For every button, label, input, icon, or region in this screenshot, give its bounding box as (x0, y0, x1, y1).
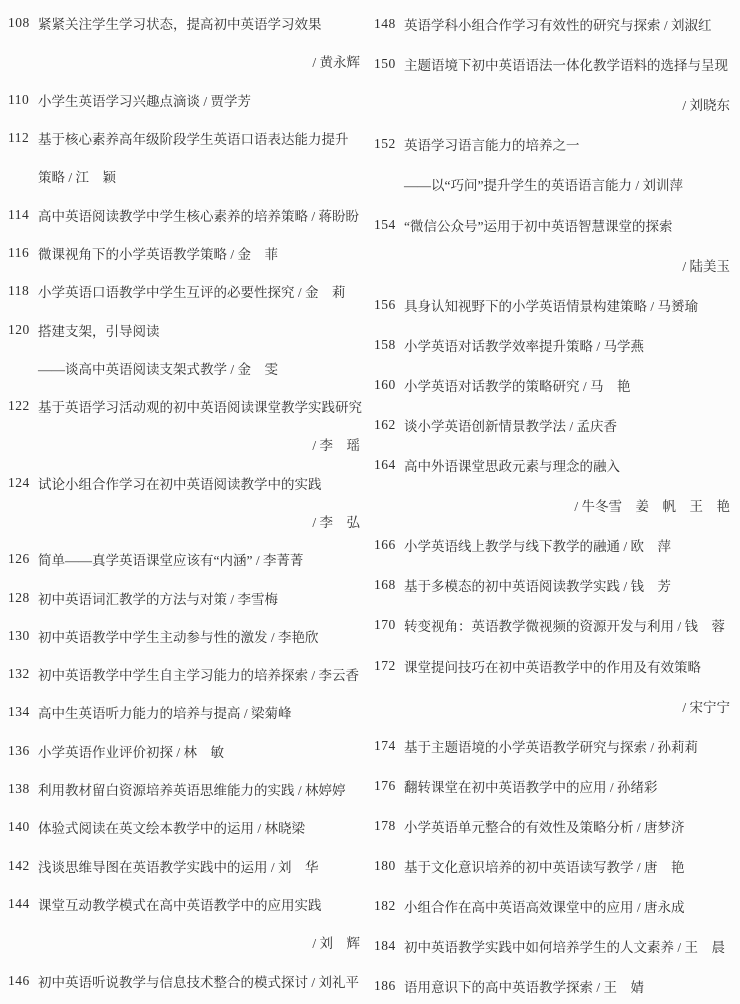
entry-title: 紧紧关注学生学习状态，提高初中英语学习效果 (38, 13, 322, 33)
toc-entry: 148英语学科小组合作学习有效性的研究与探索 / 刘淑红 (374, 4, 732, 44)
author-names: / 刘 辉 (312, 932, 360, 952)
toc-entry-continuation: ——谈高中英语阅读支架式教学 / 金 雯 (8, 349, 362, 387)
toc-entry: 116微课视角下的小学英语教学策略 / 金 菲 (8, 234, 362, 272)
page-number: 124 (8, 475, 38, 491)
toc-author-line: / 宋宁宁 (374, 686, 732, 726)
toc-entry: 152英语学习语言能力的培养之一 (374, 124, 732, 164)
entry-title: 微课视角下的小学英语教学策略 / 金 菲 (38, 243, 278, 263)
entry-title: 小学生英语学习兴趣点滴谈 / 贾学芳 (38, 90, 251, 110)
entry-title: 小组合作在高中英语高效课堂中的应用 / 唐永成 (404, 896, 685, 916)
toc-entry: 160小学英语对话教学的策略研究 / 马 艳 (374, 365, 732, 405)
toc-entry: 158小学英语对话教学效率提升策略 / 马学燕 (374, 325, 732, 365)
page-number: 132 (8, 666, 38, 682)
toc-entry: 120搭建支架，引导阅读 (8, 310, 362, 348)
toc-entry: 182小组合作在高中英语高效课堂中的应用 / 唐永成 (374, 886, 732, 926)
entry-title: 基于多模态的初中英语阅读教学实践 / 钱 芳 (404, 575, 671, 595)
author-names: / 李 瑶 (312, 434, 360, 454)
page-number: 140 (8, 819, 38, 835)
toc-page: 108紧紧关注学生学习状态，提高初中英语学习效果/ 黄永辉110小学生英语学习兴… (0, 0, 740, 1004)
page-number: 146 (8, 973, 38, 989)
toc-author-line: / 李 瑶 (8, 425, 362, 463)
toc-author-line: / 李 弘 (8, 502, 362, 540)
entry-title: 基于核心素养高年级阶段学生英语口语表达能力提升 (38, 128, 349, 148)
entry-title: 利用教材留白资源培养英语思维能力的实践 / 林婷婷 (38, 779, 346, 799)
toc-entry: 144课堂互动教学模式在高中英语教学中的应用实践 (8, 885, 362, 923)
page-number: 130 (8, 628, 38, 644)
entry-title: 初中英语听说教学与信息技术整合的模式探讨 / 刘礼平 (38, 971, 359, 991)
page-number: 158 (374, 337, 404, 353)
toc-column-left: 108紧紧关注学生学习状态，提高初中英语学习效果/ 黄永辉110小学生英语学习兴… (8, 4, 362, 1000)
page-number: 138 (8, 781, 38, 797)
entry-title: 浅谈思维导图在英语教学实践中的运用 / 刘 华 (38, 856, 319, 876)
entry-title: 主题语境下初中英语语法一体化教学语料的选择与呈现 (404, 54, 728, 74)
toc-entry: 176翻转课堂在初中英语教学中的应用 / 孙绪彩 (374, 766, 732, 806)
toc-author-line: / 牛冬雪 姜 帆 王 艳 (374, 485, 732, 525)
toc-entry: 180基于文化意识培养的初中英语读写教学 / 唐 艳 (374, 846, 732, 886)
entry-title: 英语学习语言能力的培养之一 (404, 134, 580, 154)
toc-entry: 128初中英语词汇教学的方法与对策 / 李雪梅 (8, 578, 362, 616)
page-number: 154 (374, 217, 404, 233)
page-number: 112 (8, 130, 38, 146)
entry-title: 高中英语阅读教学中学生核心素养的培养策略 / 蒋盼盼 (38, 205, 359, 225)
author-names: / 黄永辉 (312, 51, 360, 71)
entry-title: 小学英语单元整合的有效性及策略分析 / 唐梦济 (404, 816, 685, 836)
entry-title: 初中英语教学中学生自主学习能力的培养探索 / 李云香 (38, 664, 359, 684)
page-number: 168 (374, 577, 404, 593)
entry-title: ——以“巧问”提升学生的英语语言能力 / 刘训萍 (404, 174, 683, 194)
entry-title: 高中外语课堂思政元素与理念的融入 (404, 455, 620, 475)
toc-entry: 112基于核心素养高年级阶段学生英语口语表达能力提升 (8, 119, 362, 157)
toc-entry: 122基于英语学习活动观的初中英语阅读课堂教学实践研究 (8, 387, 362, 425)
page-number: 122 (8, 398, 38, 414)
toc-author-line: / 陆美玉 (374, 245, 732, 285)
entry-title: 小学英语口语教学中学生互评的必要性探究 / 金 莉 (38, 281, 346, 301)
entry-title: 基于英语学习活动观的初中英语阅读课堂教学实践研究 (38, 396, 362, 416)
page-number: 180 (374, 858, 404, 874)
page-number: 174 (374, 738, 404, 754)
entry-title: 策略 / 江 颖 (38, 166, 116, 186)
entry-title: 英语学科小组合作学习有效性的研究与探索 / 刘淑红 (404, 14, 712, 34)
entry-title: 高中生英语听力能力的培养与提高 / 梁菊峰 (38, 702, 292, 722)
page-number: 144 (8, 896, 38, 912)
entry-title: 基于主题语境的小学英语教学研究与探索 / 孙莉莉 (404, 736, 698, 756)
entry-title: 基于文化意识培养的初中英语读写教学 / 唐 艳 (404, 856, 685, 876)
entry-title: 小学英语对话教学的策略研究 / 马 艳 (404, 375, 631, 395)
toc-entry: 174基于主题语境的小学英语教学研究与探索 / 孙莉莉 (374, 726, 732, 766)
toc-entry: 168基于多模态的初中英语阅读教学实践 / 钱 芳 (374, 565, 732, 605)
page-number: 126 (8, 551, 38, 567)
toc-column-right: 148英语学科小组合作学习有效性的研究与探索 / 刘淑红150主题语境下初中英语… (374, 4, 732, 1004)
page-number: 136 (8, 743, 38, 759)
page-number: 184 (374, 938, 404, 954)
toc-entry: 162谈小学英语创新情景教学法 / 孟庆香 (374, 405, 732, 445)
entry-title: 体验式阅读在英文绘本教学中的运用 / 林晓梁 (38, 817, 305, 837)
toc-entry: 154“微信公众号”运用于初中英语智慧课堂的探索 (374, 204, 732, 244)
page-number: 182 (374, 898, 404, 914)
page-number: 160 (374, 377, 404, 393)
toc-entry: 186语用意识下的高中英语教学探索 / 王 婧 (374, 966, 732, 1004)
page-number: 166 (374, 537, 404, 553)
toc-entry: 184初中英语教学实践中如何培养学生的人文素养 / 王 晨 (374, 926, 732, 966)
entry-title: 具身认知视野下的小学英语情景构建策略 / 马赟瑜 (404, 295, 698, 315)
toc-entry: 140体验式阅读在英文绘本教学中的运用 / 林晓梁 (8, 808, 362, 846)
entry-title: ——谈高中英语阅读支架式教学 / 金 雯 (38, 358, 278, 378)
entry-title: 课堂互动教学模式在高中英语教学中的应用实践 (38, 894, 322, 914)
entry-title: 试论小组合作学习在初中英语阅读教学中的实践 (38, 473, 322, 493)
toc-entry: 172课堂提问技巧在初中英语教学中的作用及有效策略 (374, 646, 732, 686)
page-number: 148 (374, 16, 404, 32)
toc-entry: 178小学英语单元整合的有效性及策略分析 / 唐梦济 (374, 806, 732, 846)
page-number: 120 (8, 322, 38, 338)
page-number: 156 (374, 297, 404, 313)
entry-title: 小学英语对话教学效率提升策略 / 马学燕 (404, 335, 644, 355)
page-number: 110 (8, 92, 38, 108)
toc-entry-continuation: ——以“巧问”提升学生的英语语言能力 / 刘训萍 (374, 164, 732, 204)
toc-entry: 170转变视角：英语教学微视频的资源开发与利用 / 钱 蓉 (374, 605, 732, 645)
entry-title: “微信公众号”运用于初中英语智慧课堂的探索 (404, 215, 672, 235)
toc-entry: 146初中英语听说教学与信息技术整合的模式探讨 / 刘礼平 (8, 961, 362, 999)
entry-title: 翻转课堂在初中英语教学中的应用 / 孙绪彩 (404, 776, 658, 796)
toc-entry: 132初中英语教学中学生自主学习能力的培养探索 / 李云香 (8, 655, 362, 693)
toc-entry: 108紧紧关注学生学习状态，提高初中英语学习效果 (8, 4, 362, 42)
author-names: / 刘晓东 (682, 94, 730, 114)
entry-title: 初中英语教学实践中如何培养学生的人文素养 / 王 晨 (404, 936, 725, 956)
toc-entry: 118小学英语口语教学中学生互评的必要性探究 / 金 莉 (8, 272, 362, 310)
toc-entry: 164高中外语课堂思政元素与理念的融入 (374, 445, 732, 485)
page-number: 134 (8, 704, 38, 720)
toc-entry: 136小学英语作业评价初探 / 林 敏 (8, 732, 362, 770)
toc-entry: 126简单——真学英语课堂应该有“内涵” / 李菁菁 (8, 540, 362, 578)
entry-title: 初中英语词汇教学的方法与对策 / 李雪梅 (38, 588, 278, 608)
author-names: / 陆美玉 (682, 255, 730, 275)
author-names: / 李 弘 (312, 511, 360, 531)
toc-entry: 138利用教材留白资源培养英语思维能力的实践 / 林婷婷 (8, 770, 362, 808)
page-number: 172 (374, 658, 404, 674)
toc-entry: 114高中英语阅读教学中学生核心素养的培养策略 / 蒋盼盼 (8, 195, 362, 233)
page-number: 114 (8, 207, 38, 223)
entry-title: 小学英语线上教学与线下教学的融通 / 欧 萍 (404, 535, 671, 555)
page-number: 178 (374, 818, 404, 834)
page-number: 186 (374, 978, 404, 994)
author-names: / 宋宁宁 (682, 696, 730, 716)
toc-entry: 156具身认知视野下的小学英语情景构建策略 / 马赟瑜 (374, 285, 732, 325)
page-number: 118 (8, 283, 38, 299)
toc-entry-continuation: 策略 / 江 颖 (8, 157, 362, 195)
entry-title: 转变视角：英语教学微视频的资源开发与利用 / 钱 蓉 (404, 615, 725, 635)
entry-title: 课堂提问技巧在初中英语教学中的作用及有效策略 (404, 656, 701, 676)
toc-entry: 130初中英语教学中学生主动参与性的激发 / 李艳欣 (8, 617, 362, 655)
page-number: 176 (374, 778, 404, 794)
entry-title: 搭建支架，引导阅读 (38, 320, 160, 340)
page-number: 162 (374, 417, 404, 433)
toc-author-line: / 刘晓东 (374, 84, 732, 124)
page-number: 150 (374, 56, 404, 72)
toc-entry: 142浅谈思维导图在英语教学实践中的运用 / 刘 华 (8, 847, 362, 885)
toc-author-line: / 刘 辉 (8, 923, 362, 961)
entry-title: 简单——真学英语课堂应该有“内涵” / 李菁菁 (38, 549, 303, 569)
author-names: / 牛冬雪 姜 帆 王 艳 (574, 495, 730, 515)
toc-entry: 124试论小组合作学习在初中英语阅读教学中的实践 (8, 464, 362, 502)
entry-title: 谈小学英语创新情景教学法 / 孟庆香 (404, 415, 617, 435)
page-number: 142 (8, 858, 38, 874)
toc-entry: 134高中生英语听力能力的培养与提高 / 梁菊峰 (8, 693, 362, 731)
page-number: 116 (8, 245, 38, 261)
toc-author-line: / 黄永辉 (8, 42, 362, 80)
toc-entry: 150主题语境下初中英语语法一体化教学语料的选择与呈现 (374, 44, 732, 84)
page-number: 108 (8, 15, 38, 31)
toc-entry: 166小学英语线上教学与线下教学的融通 / 欧 萍 (374, 525, 732, 565)
page-number: 152 (374, 136, 404, 152)
entry-title: 小学英语作业评价初探 / 林 敏 (38, 741, 224, 761)
page-number: 164 (374, 457, 404, 473)
page-number: 128 (8, 590, 38, 606)
entry-title: 语用意识下的高中英语教学探索 / 王 婧 (404, 976, 644, 996)
toc-entry: 110小学生英语学习兴趣点滴谈 / 贾学芳 (8, 81, 362, 119)
page-number: 170 (374, 617, 404, 633)
entry-title: 初中英语教学中学生主动参与性的激发 / 李艳欣 (38, 626, 319, 646)
